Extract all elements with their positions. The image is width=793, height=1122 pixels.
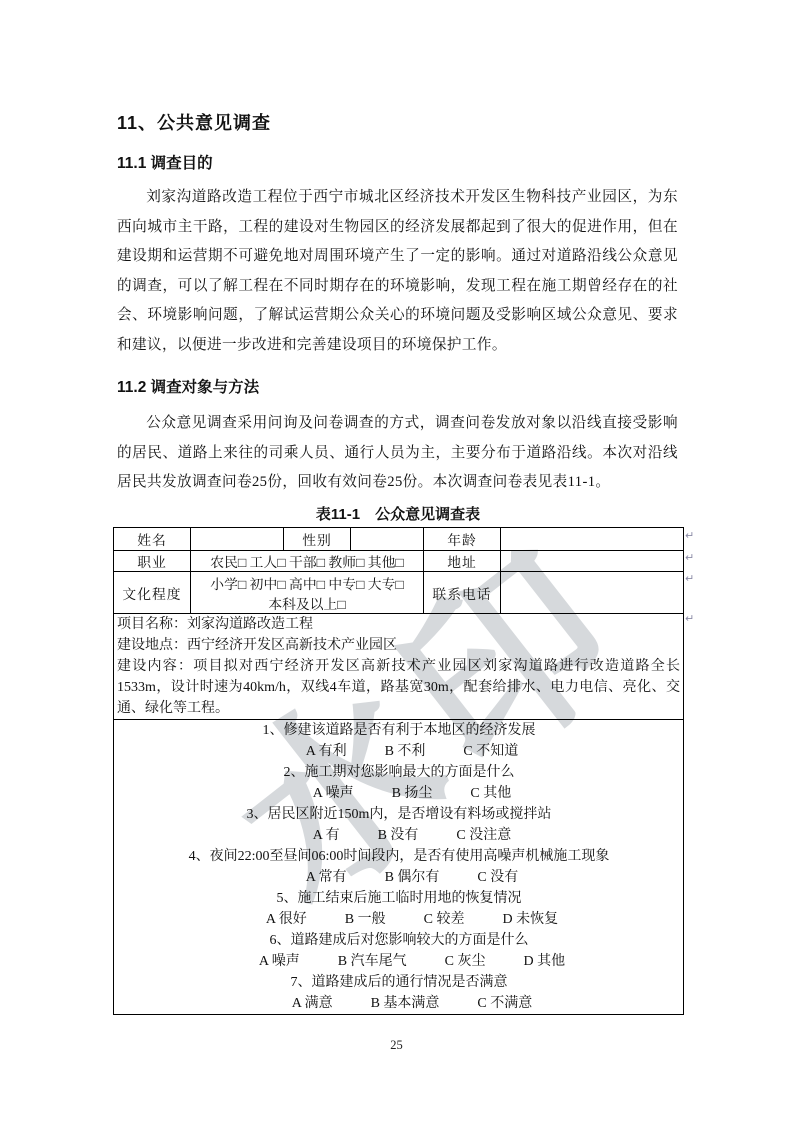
project-info-cell: 项目名称：刘家沟道路改造工程 建设地点：西宁经济开发区高新技术产业园区 建设内容… — [114, 614, 684, 720]
table-row-education: 文化程度 小学□ 初中□ 高中□ 中专□ 大专□ 本科及以上□ 联系电话 — [114, 572, 684, 614]
table-row-questions: 1、修建该道路是否有利于本地区的经济发展A 有利B 不利C 不知道2、施工期对您… — [114, 720, 684, 1015]
option: D 其他 — [523, 951, 565, 972]
project-location-line: 建设地点：西宁经济开发区高新技术产业园区 — [117, 635, 680, 656]
option: B 没有 — [378, 825, 419, 846]
questions-block: 1、修建该道路是否有利于本地区的经济发展A 有利B 不利C 不知道2、施工期对您… — [114, 720, 684, 1015]
option: B 偶尔有 — [385, 867, 440, 888]
education-options-line1: 小学□ 初中□ 高中□ 中专□ 大专□ — [194, 573, 420, 593]
option: C 没有 — [477, 867, 518, 888]
question-options: A 噪声B 汽车尾气C 灰尘D 其他 — [117, 951, 680, 972]
option: A 很好 — [266, 909, 307, 930]
public-opinion-survey-table: 姓名 性别 年龄 职业 农民□ 工人□ 干部□ 教师□ 其他□ 地址 文化程度 … — [113, 527, 684, 1015]
option: A 噪声 — [313, 783, 354, 804]
occupation-checkbox-options: 农民□ 工人□ 干部□ 教师□ 其他□ — [191, 551, 424, 572]
option: A 有 — [313, 825, 340, 846]
name-label: 姓名 — [114, 528, 191, 551]
paragraph-survey-method: 公众意见调查采用问询及问卷调查的方式，调查问卷发放对象以沿线直接受影响的居民、道… — [117, 409, 678, 498]
option: C 较差 — [424, 909, 465, 930]
question-text: 6、道路建成后对您影响较大的方面是什么 — [117, 930, 680, 951]
question-text: 5、施工结束后施工临时用地的恢复情况 — [117, 888, 680, 909]
name-value-cell — [191, 528, 284, 551]
phone-value-cell — [501, 572, 684, 614]
option: B 基本满意 — [371, 993, 440, 1014]
section-heading-11-2: 11.2 调查对象与方法 — [117, 375, 259, 397]
question-options: A 有B 没有C 没注意 — [117, 825, 680, 846]
age-label: 年龄 — [424, 528, 501, 551]
education-options-line2: 本科及以上□ — [194, 593, 420, 613]
paragraph-survey-purpose: 刘家沟道路改造工程位于西宁市城北区经济技术开发区生物科技产业园区，为东西向城市主… — [117, 183, 678, 361]
address-value-cell — [501, 551, 684, 572]
question-options: A 噪声B 扬尘C 其他 — [117, 783, 680, 804]
education-checkbox-options: 小学□ 初中□ 高中□ 中专□ 大专□ 本科及以上□ — [191, 572, 424, 614]
education-label: 文化程度 — [114, 572, 191, 614]
table-row-project-info: 项目名称：刘家沟道路改造工程 建设地点：西宁经济开发区高新技术产业园区 建设内容… — [114, 614, 684, 720]
option: C 其他 — [470, 783, 511, 804]
option: C 灰尘 — [445, 951, 486, 972]
gender-label: 性别 — [284, 528, 351, 551]
question-text: 7、道路建成后的通行情况是否满意 — [117, 972, 680, 993]
row-end-mark: ↵ — [685, 551, 694, 564]
age-value-cell — [501, 528, 684, 551]
option: D 未恢复 — [502, 909, 558, 930]
project-name-line: 项目名称：刘家沟道路改造工程 — [117, 614, 680, 635]
option: B 扬尘 — [392, 783, 433, 804]
document-page: 水印 11、公共意见调查 11.1 调查目的 刘家沟道路改造工程位于西宁市城北区… — [0, 0, 793, 1122]
question-text: 4、夜间22:00至昼间06:00时间段内，是否有使用高噪声机械施工现象 — [117, 846, 680, 867]
table-caption: 表11-1 公众意见调查表 — [113, 503, 683, 524]
option: A 有利 — [306, 741, 347, 762]
gender-value-cell — [351, 528, 424, 551]
row-end-mark: ↵ — [685, 612, 694, 625]
question-text: 1、修建该道路是否有利于本地区的经济发展 — [117, 720, 680, 741]
option: C 没注意 — [456, 825, 511, 846]
option: B 不利 — [385, 741, 426, 762]
option: A 噪声 — [259, 951, 300, 972]
option: B 汽车尾气 — [338, 951, 407, 972]
question-text: 3、居民区附近150m内，是否增设有料场或搅拌站 — [117, 804, 680, 825]
question-text: 2、施工期对您影响最大的方面是什么 — [117, 762, 680, 783]
occupation-label: 职业 — [114, 551, 191, 572]
chapter-title: 11、公共意见调查 — [117, 109, 271, 135]
project-content-line: 建设内容：项目拟对西宁经济开发区高新技术产业园区刘家沟道路进行改造道路全长153… — [117, 656, 680, 719]
option: C 不知道 — [463, 741, 518, 762]
option: B 一般 — [345, 909, 386, 930]
question-options: A 很好B 一般C 较差D 未恢复 — [117, 909, 680, 930]
page-number: 25 — [0, 1038, 793, 1053]
option: C 不满意 — [477, 993, 532, 1014]
row-end-mark: ↵ — [685, 572, 694, 585]
question-options: A 满意B 基本满意C 不满意 — [117, 993, 680, 1014]
table-row-occupation: 职业 农民□ 工人□ 干部□ 教师□ 其他□ 地址 — [114, 551, 684, 572]
table-row-identity: 姓名 性别 年龄 — [114, 528, 684, 551]
option: A 常有 — [306, 867, 347, 888]
row-end-mark: ↵ — [685, 529, 694, 542]
section-heading-11-1: 11.1 调查目的 — [117, 151, 213, 173]
question-options: A 常有B 偶尔有C 没有 — [117, 867, 680, 888]
question-options: A 有利B 不利C 不知道 — [117, 741, 680, 762]
option: A 满意 — [292, 993, 333, 1014]
phone-label: 联系电话 — [424, 572, 501, 614]
address-label: 地址 — [424, 551, 501, 572]
